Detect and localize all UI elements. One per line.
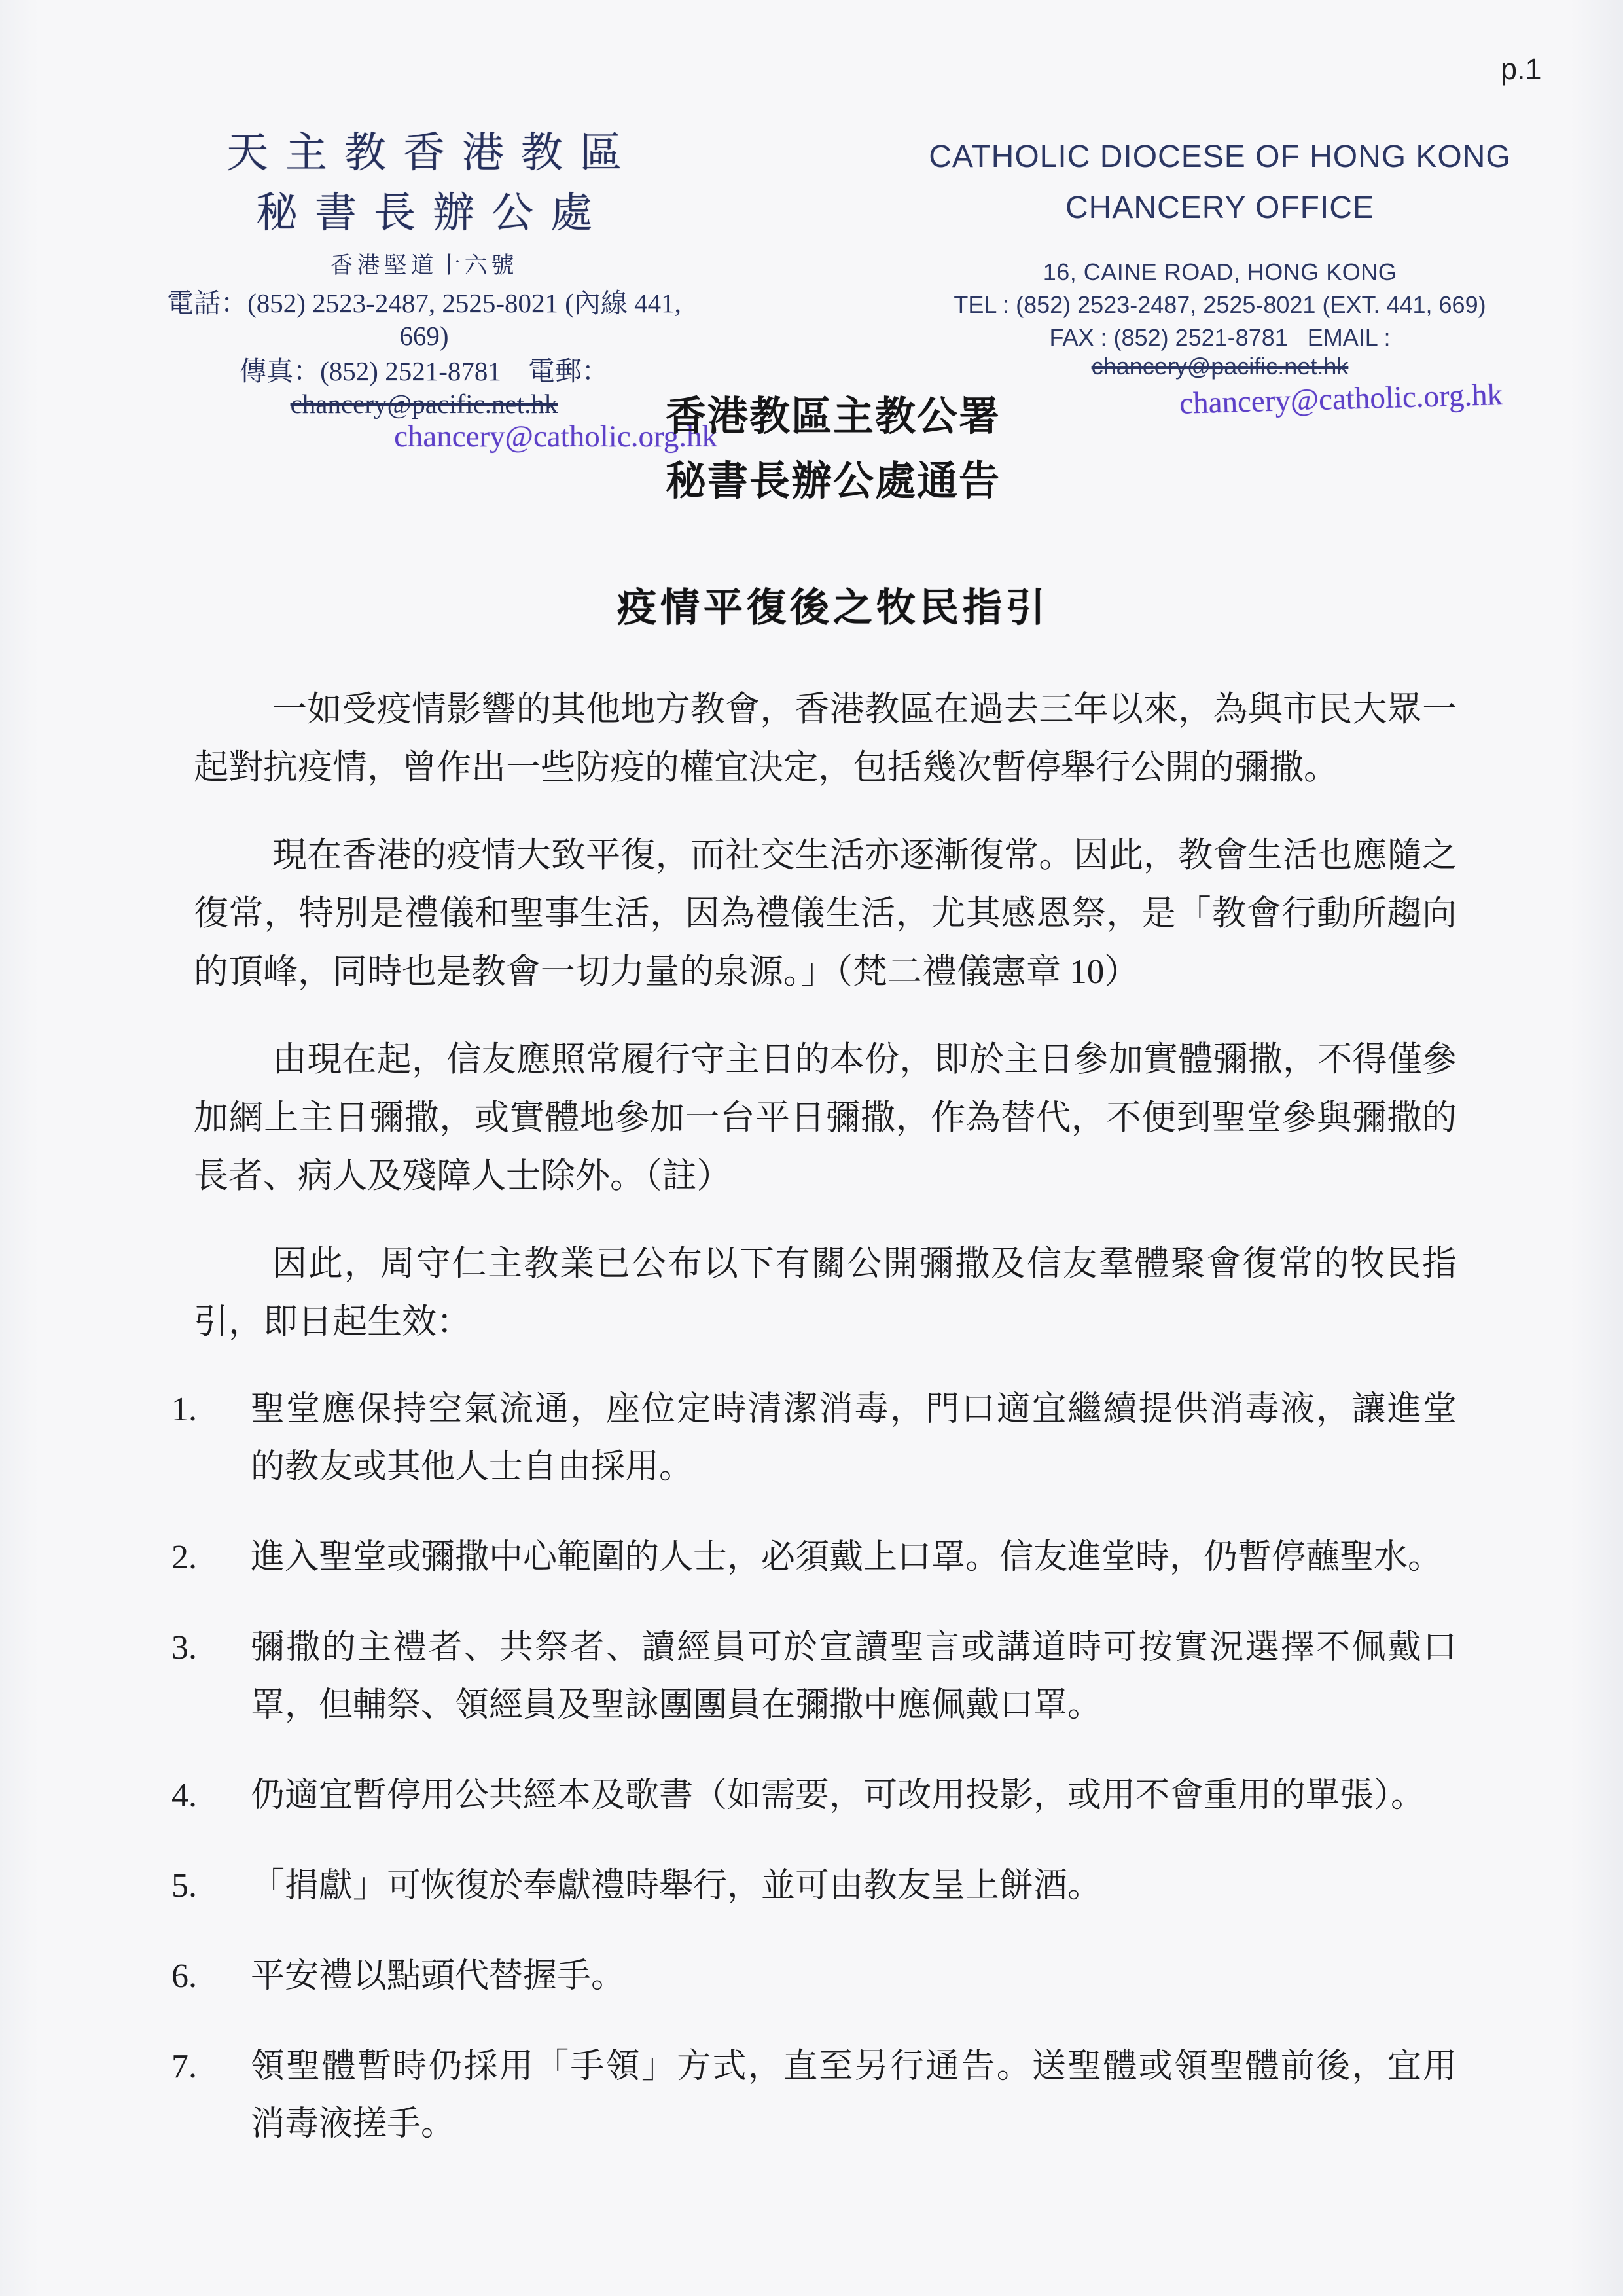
text-line: 仍適宜暫停用公共經本及歌書（如需要，可改用投影，或用不會重用的單張）。 xyxy=(251,1767,1457,1825)
list-item: 5. 「捐獻」可恢復於奉獻禮時舉行，並可由教友呈上餅酒。 xyxy=(171,1857,1457,1915)
list-item-text: 仍適宜暫停用公共經本及歌書（如需要，可改用投影，或用不會重用的單張）。 xyxy=(251,1767,1457,1825)
text-line: 聖堂應保持空氣流通，座位定時清潔消毒，門口適宜繼續提供消毒液，讓進堂 xyxy=(251,1381,1457,1439)
document-body: 一如受疫情影響的其他地方教會，香港教區在過去三年以來，為與市民大眾一 起對抗疫情… xyxy=(194,681,1457,2186)
list-item: 2. 進入聖堂或彌撒中心範圍的人士，必須戴上口罩。信友進堂時，仍暫停蘸聖水。 xyxy=(171,1529,1457,1587)
text-line: 「捐獻」可恢復於奉獻禮時舉行，並可由教友呈上餅酒。 xyxy=(251,1857,1457,1915)
phone-line-english: TEL : (852) 2523-2487, 2525-8021 (EXT. 4… xyxy=(919,291,1521,319)
list-item: 1. 聖堂應保持空氣流通，座位定時清潔消毒，門口適宜繼續提供消毒液，讓進堂 的教… xyxy=(171,1381,1457,1496)
text-line: 一如受疫情影響的其他地方教會，香港教區在過去三年以來，為與市民大眾一 xyxy=(194,681,1457,739)
list-item-text: 彌撒的主禮者、共祭者、讀經員可於宣讀聖言或講道時可按實況選擇不佩戴口 罩，但輔祭… xyxy=(251,1619,1457,1734)
paragraph: 一如受疫情影響的其他地方教會，香港教區在過去三年以來，為與市民大眾一 起對抗疫情… xyxy=(194,681,1457,797)
text-line: 領聖體暫時仍採用「手領」方式，直至另行通告。送聖體或領聖體前後，宜用 xyxy=(251,2038,1457,2096)
list-item-number: 6. xyxy=(171,1948,251,2005)
list-item-text: 聖堂應保持空氣流通，座位定時清潔消毒，門口適宜繼續提供消毒液，讓進堂 的教友或其… xyxy=(251,1381,1457,1496)
text-line: 起對抗疫情，曾作出一些防疫的權宜決定，包括幾次暫停舉行公開的彌撒。 xyxy=(194,739,1457,797)
text-line: 引，即日起生效： xyxy=(194,1293,1457,1352)
fax-email-label-english: FAX : (852) 2521-8781 EMAIL : xyxy=(1050,324,1397,351)
list-item-number: 1. xyxy=(171,1381,251,1496)
text-line: 彌撒的主禮者、共祭者、讀經員可於宣讀聖言或講道時可按實況選擇不佩戴口 xyxy=(251,1619,1457,1677)
list-item-number: 5. xyxy=(171,1857,251,1915)
list-item-number: 2. xyxy=(171,1529,251,1587)
phone-line-chinese: 電話：(852) 2523-2487, 2525-8021 (內線 441, 6… xyxy=(143,287,705,352)
text-line: 罩，但輔祭、領經員及聖詠團團員在彌撒中應佩戴口罩。 xyxy=(251,1677,1457,1734)
letterhead-english: CATHOLIC DIOCESE OF HONG KONG CHANCERY O… xyxy=(919,139,1521,411)
fax-email-line-english: FAX : (852) 2521-8781 EMAIL : chancery@p… xyxy=(919,323,1521,381)
text-line: 消毒液搓手。 xyxy=(251,2096,1457,2153)
text-line: 的教友或其他人士自由採用。 xyxy=(251,1439,1457,1496)
list-item-text: 「捐獻」可恢復於奉獻禮時舉行，並可由教友呈上餅酒。 xyxy=(251,1857,1457,1915)
guidelines-list: 1. 聖堂應保持空氣流通，座位定時清潔消毒，門口適宜繼續提供消毒液，讓進堂 的教… xyxy=(171,1381,1457,2153)
list-item: 6. 平安禮以點頭代替握手。 xyxy=(171,1948,1457,2005)
notice-heading-line2: 秘書長辦公處通告 xyxy=(43,450,1623,514)
list-item-text: 進入聖堂或彌撒中心範圍的人士，必須戴上口罩。信友進堂時，仍暫停蘸聖水。 xyxy=(251,1529,1457,1587)
paragraph: 由現在起，信友應照常履行守主日的本份，即於主日參加實體彌撒，不得僅參 加網上主日… xyxy=(194,1031,1457,1206)
fax-email-label-chinese: 傳真：(852) 2521-8781 電郵： xyxy=(240,356,609,386)
notice-heading-line1: 香港教區主教公署 xyxy=(43,385,1623,450)
list-item: 3. 彌撒的主禮者、共祭者、讀經員可於宣讀聖言或講道時可按實況選擇不佩戴口 罩，… xyxy=(171,1619,1457,1734)
org-name-chinese-line2: 秘書長辦公處 xyxy=(143,190,705,237)
org-name-english-line1: CATHOLIC DIOCESE OF HONG KONG xyxy=(919,139,1521,175)
list-item: 7. 領聖體暫時仍採用「手領」方式，直至另行通告。送聖體或領聖體前後，宜用 消毒… xyxy=(171,2038,1457,2153)
paragraph: 因此，周守仁主教業已公布以下有關公開彌撒及信友羣體聚會復常的牧民指 引，即日起生… xyxy=(194,1235,1457,1352)
list-item-text: 平安禮以點頭代替握手。 xyxy=(251,1948,1457,2005)
page-number: p.1 xyxy=(1501,52,1542,86)
notice-heading: 香港教區主教公署 秘書長辦公處通告 xyxy=(0,385,1623,514)
document-title: 疫情平復後之牧民指引 xyxy=(0,584,1623,632)
text-line: 因此，周守仁主教業已公布以下有關公開彌撒及信友羣體聚會復常的牧民指 xyxy=(194,1235,1457,1293)
list-item-number: 3. xyxy=(171,1619,251,1734)
old-email-struck-english: chancery@pacific.net.hk xyxy=(1092,353,1349,380)
address-chinese: 香港堅道十六號 xyxy=(143,251,705,280)
text-line: 的頂峰，同時也是教會一切力量的泉源。」（梵二禮儀憲章 10） xyxy=(194,943,1457,1001)
list-item-number: 7. xyxy=(171,2038,251,2153)
text-line: 進入聖堂或彌撒中心範圍的人士，必須戴上口罩。信友進堂時，仍暫停蘸聖水。 xyxy=(251,1529,1457,1587)
address-english: 16, CAINE ROAD, HONG KONG xyxy=(919,258,1521,287)
scanned-notice-page: p.1 天主教香港教區 秘書長辦公處 香港堅道十六號 電話：(852) 2523… xyxy=(0,0,1623,2296)
text-line: 復常，特別是禮儀和聖事生活，因為禮儀生活，尤其感恩祭，是「教會行動所趨向 xyxy=(194,885,1457,943)
text-line: 由現在起，信友應照常履行守主日的本份，即於主日參加實體彌撒，不得僅參 xyxy=(194,1031,1457,1089)
org-name-english-line2: CHANCERY OFFICE xyxy=(919,190,1521,226)
list-item: 4. 仍適宜暫停用公共經本及歌書（如需要，可改用投影，或用不會重用的單張）。 xyxy=(171,1767,1457,1825)
org-name-chinese-line1: 天主教香港教區 xyxy=(143,130,705,177)
list-item-number: 4. xyxy=(171,1767,251,1825)
list-item-text: 領聖體暫時仍採用「手領」方式，直至另行通告。送聖體或領聖體前後，宜用 消毒液搓手… xyxy=(251,2038,1457,2153)
paragraph: 現在香港的疫情大致平復，而社交生活亦逐漸復常。因此，教會生活也應隨之 復常，特別… xyxy=(194,827,1457,1001)
text-line: 現在香港的疫情大致平復，而社交生活亦逐漸復常。因此，教會生活也應隨之 xyxy=(194,827,1457,885)
text-line: 長者、病人及殘障人士除外。（註） xyxy=(194,1147,1457,1206)
text-line: 加網上主日彌撒，或實體地參加一台平日彌撒，作為替代，不便到聖堂參與彌撒的 xyxy=(194,1089,1457,1147)
text-line: 平安禮以點頭代替握手。 xyxy=(251,1948,1457,2005)
